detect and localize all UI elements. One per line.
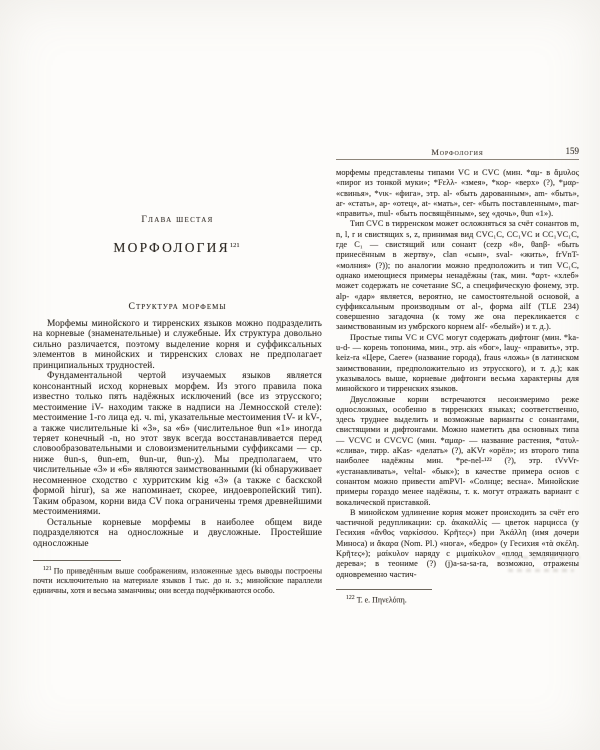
- right-page-body: морфемы представлены типами VC и CVC (ми…: [336, 168, 579, 580]
- chapter-title-footnote-marker: 121: [230, 242, 240, 249]
- page-number: 159: [566, 146, 580, 156]
- paragraph: морфемы представлены типами VC и CVC (ми…: [336, 168, 579, 219]
- bleed-through-smudge: [496, 556, 580, 559]
- book-scan-spread: Глава шестая МОРФОЛОГИЯ121 Структура мор…: [0, 0, 600, 750]
- section-title: Структура морфемы: [33, 301, 322, 312]
- paragraph: Двусложные корни встречаются несоизмерим…: [336, 395, 579, 508]
- paragraph: Тип CVC в тирренском может осложняться з…: [336, 219, 579, 332]
- chapter-title-text: МОРФОЛОГИЯ: [113, 240, 229, 255]
- left-page: Глава шестая МОРФОЛОГИЯ121 Структура мор…: [33, 215, 322, 595]
- right-footnote-block: 122Т. е. Πηνελόπη.: [336, 589, 579, 605]
- footnote-marker: 121: [43, 566, 52, 572]
- left-footnote-block: 121По приведённым выше соображениям, изл…: [33, 560, 322, 595]
- right-page: Морфология 159 морфемы представлены типа…: [336, 146, 579, 605]
- left-page-body: Морфемы минойского и тирренских языков м…: [33, 319, 322, 549]
- footnote-text: По приведённым выше соображениям, изложе…: [33, 567, 322, 595]
- footnote-separator-rule: [336, 589, 432, 590]
- bleed-through-smudge: [508, 569, 574, 572]
- footnote: 122Т. е. Πηνελόπη.: [336, 594, 579, 605]
- chapter-label: Глава шестая: [33, 215, 322, 225]
- running-head: Морфология: [336, 147, 579, 157]
- paragraph: Остальные корневые морфемы в наиболее об…: [33, 518, 322, 549]
- footnote-text: Т. е. Πηνελόπη.: [357, 596, 407, 605]
- paragraph: Морфемы минойского и тирренских языков м…: [33, 319, 322, 371]
- page-header: Морфология 159: [336, 146, 579, 160]
- paragraph: Простые типы VC и CVC могут содержать ди…: [336, 333, 579, 395]
- footnote-separator-rule: [33, 560, 121, 561]
- chapter-title: МОРФОЛОГИЯ121: [33, 240, 322, 256]
- paragraph: Фундаментальной чертой изучаемых языков …: [33, 371, 322, 517]
- footnote-marker: 122: [346, 595, 355, 601]
- footnote: 121По приведённым выше соображениям, изл…: [33, 565, 322, 595]
